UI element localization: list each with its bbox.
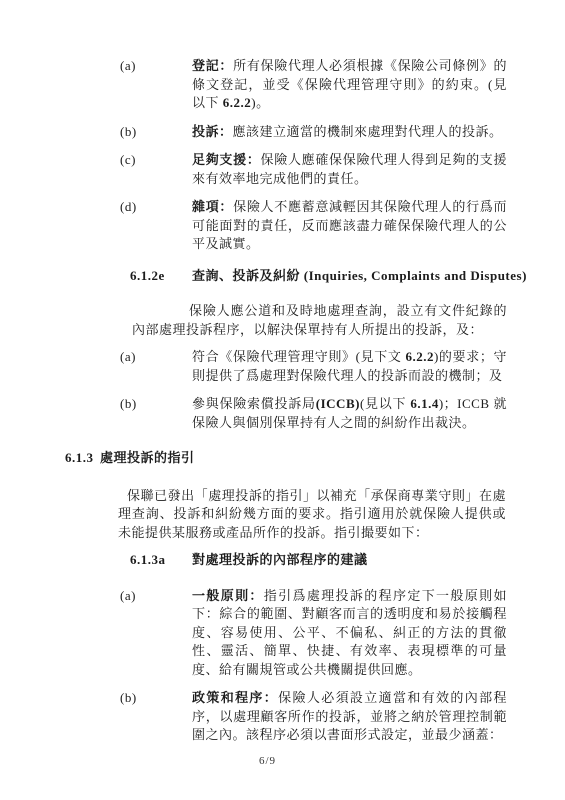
- text-segment: 保險人不應蓄意減輕因其保險代理人的行爲而可能面對的責任，反而應該盡力確保保險代理…: [192, 199, 507, 251]
- text-segment: 符合《保險代理管理守則》(見下文: [192, 349, 405, 364]
- text-segment: 對處理投訴的內部程序的建議: [192, 552, 368, 567]
- list-item-text: 雜項：保險人不應蓄意減輕因其保險代理人的行爲而可能面對的責任，反而應該盡力確保保…: [192, 198, 507, 254]
- text-segment: 足夠支援：: [192, 152, 261, 167]
- text-segment: 保險人應公道和及時地處理查詢，設立有文件紀錄的內部處理投訴程序，以解決保單持有人…: [132, 303, 507, 337]
- list-item-text: 一般原則：指引爲處理投訴的程序定下一般原則如下：綜合的範圍、對顧客而言的透明度和…: [192, 587, 507, 680]
- list-item-label: (a): [120, 587, 192, 680]
- section-title: 處理投訴的指引: [100, 449, 195, 468]
- list-item-text: 登記：所有保險代理人必須根據《保險公司條例》的條文登記，並受《保險代理管理守則》…: [192, 57, 507, 113]
- list-item-text: 符合《保險代理管理守則》(見下文 6.2.2)的要求；守則提供了爲處理對保險代理…: [192, 348, 507, 385]
- document-content: (a)登記：所有保險代理人必須根據《保險公司條例》的條文登記，並受《保險代理管理…: [0, 0, 565, 745]
- list-item-label: (d): [120, 198, 192, 254]
- section-number: 6.1.2e: [130, 267, 192, 286]
- text-segment: (Inquiries, Complaints and Disputes): [300, 268, 527, 283]
- list-item-text: 參與保險索償投訴局(ICCB)(見以下 6.1.4)；ICCB 就保險人與個別保…: [192, 395, 507, 432]
- section-heading: 6.1.2e查詢、投訴及糾紛 (Inquiries, Complaints an…: [130, 267, 565, 286]
- section-number: 6.1.3a: [130, 551, 192, 570]
- text-segment: 投訴：: [192, 124, 233, 139]
- text-segment: 雜項：: [192, 199, 233, 214]
- list-item: (c)足夠支援：保險人應確保保險代理人得到足夠的支援來有效率地完成他們的責任。: [120, 151, 565, 188]
- text-segment: )。: [251, 95, 269, 110]
- list-item: (b)參與保險索償投訴局(ICCB)(見以下 6.1.4)；ICCB 就保險人與…: [120, 395, 565, 432]
- text-segment: 政策和程序：: [192, 690, 278, 705]
- list-item-label: (a): [120, 348, 192, 385]
- list-item-text: 投訴：應該建立適當的機制來處理對代理人的投訴。: [192, 123, 507, 142]
- list-item: (b)投訴：應該建立適當的機制來處理對代理人的投訴。: [120, 123, 565, 142]
- page-number: 6/9: [0, 752, 535, 771]
- section-number: 6.1.3: [65, 449, 100, 468]
- section-heading: 6.1.3處理投訴的指引: [65, 449, 565, 468]
- list-item-text: 足夠支援：保險人應確保保險代理人得到足夠的支援來有效率地完成他們的責任。: [192, 151, 507, 188]
- section-title: 對處理投訴的內部程序的建議: [192, 551, 565, 570]
- text-segment: 6.2.2: [223, 95, 252, 110]
- list-item: (a)登記：所有保險代理人必須根據《保險公司條例》的條文登記，並受《保險代理管理…: [120, 57, 565, 113]
- text-segment: 6.1.4: [410, 396, 439, 411]
- text-segment: 應該建立適當的機制來處理對代理人的投訴。: [233, 124, 503, 139]
- text-segment: (見以下: [360, 396, 410, 411]
- text-segment: 6.2.2: [405, 349, 434, 364]
- text-segment: 保聯已發出「處理投訴的指引」以補充「承保商專業守則」在處理查詢、投訴和糾紛幾方面…: [118, 488, 506, 540]
- text-segment: (ICCB): [316, 396, 360, 411]
- paragraph: 保聯已發出「處理投訴的指引」以補充「承保商專業守則」在處理查詢、投訴和糾紛幾方面…: [118, 487, 506, 543]
- text-segment: 登記：: [192, 58, 233, 73]
- list-item-text: 政策和程序：保險人必須設立適當和有效的內部程序，以處理顧客所作的投訴，並將之納於…: [192, 689, 507, 745]
- list-item: (d)雜項：保險人不應蓄意減輕因其保險代理人的行爲而可能面對的責任，反而應該盡力…: [120, 198, 565, 254]
- list-item: (b)政策和程序：保險人必須設立適當和有效的內部程序，以處理顧客所作的投訴，並將…: [120, 689, 565, 745]
- list-item-label: (b): [120, 123, 192, 142]
- list-item: (a)一般原則：指引爲處理投訴的程序定下一般原則如下：綜合的範圍、對顧客而言的透…: [120, 587, 565, 680]
- text-segment: 一般原則：: [192, 588, 264, 603]
- section-heading: 6.1.3a對處理投訴的內部程序的建議: [130, 551, 565, 570]
- list-item-label: (b): [120, 395, 192, 432]
- document-page: (a)登記：所有保險代理人必須根據《保險公司條例》的條文登記，並受《保險代理管理…: [0, 0, 565, 800]
- list-item-label: (c): [120, 151, 192, 188]
- section-title: 查詢、投訴及糾紛 (Inquiries, Complaints and Disp…: [192, 267, 565, 286]
- text-segment: 參與保險索償投訴局: [192, 396, 316, 411]
- list-item: (a)符合《保險代理管理守則》(見下文 6.2.2)的要求；守則提供了爲處理對保…: [120, 348, 565, 385]
- text-segment: 查詢、投訴及糾紛: [192, 268, 300, 283]
- text-segment: 處理投訴的指引: [100, 450, 195, 465]
- list-item-label: (b): [120, 689, 192, 745]
- list-item-label: (a): [120, 57, 192, 113]
- paragraph: 保險人應公道和及時地處理查詢，設立有文件紀錄的內部處理投訴程序，以解決保單持有人…: [132, 302, 507, 339]
